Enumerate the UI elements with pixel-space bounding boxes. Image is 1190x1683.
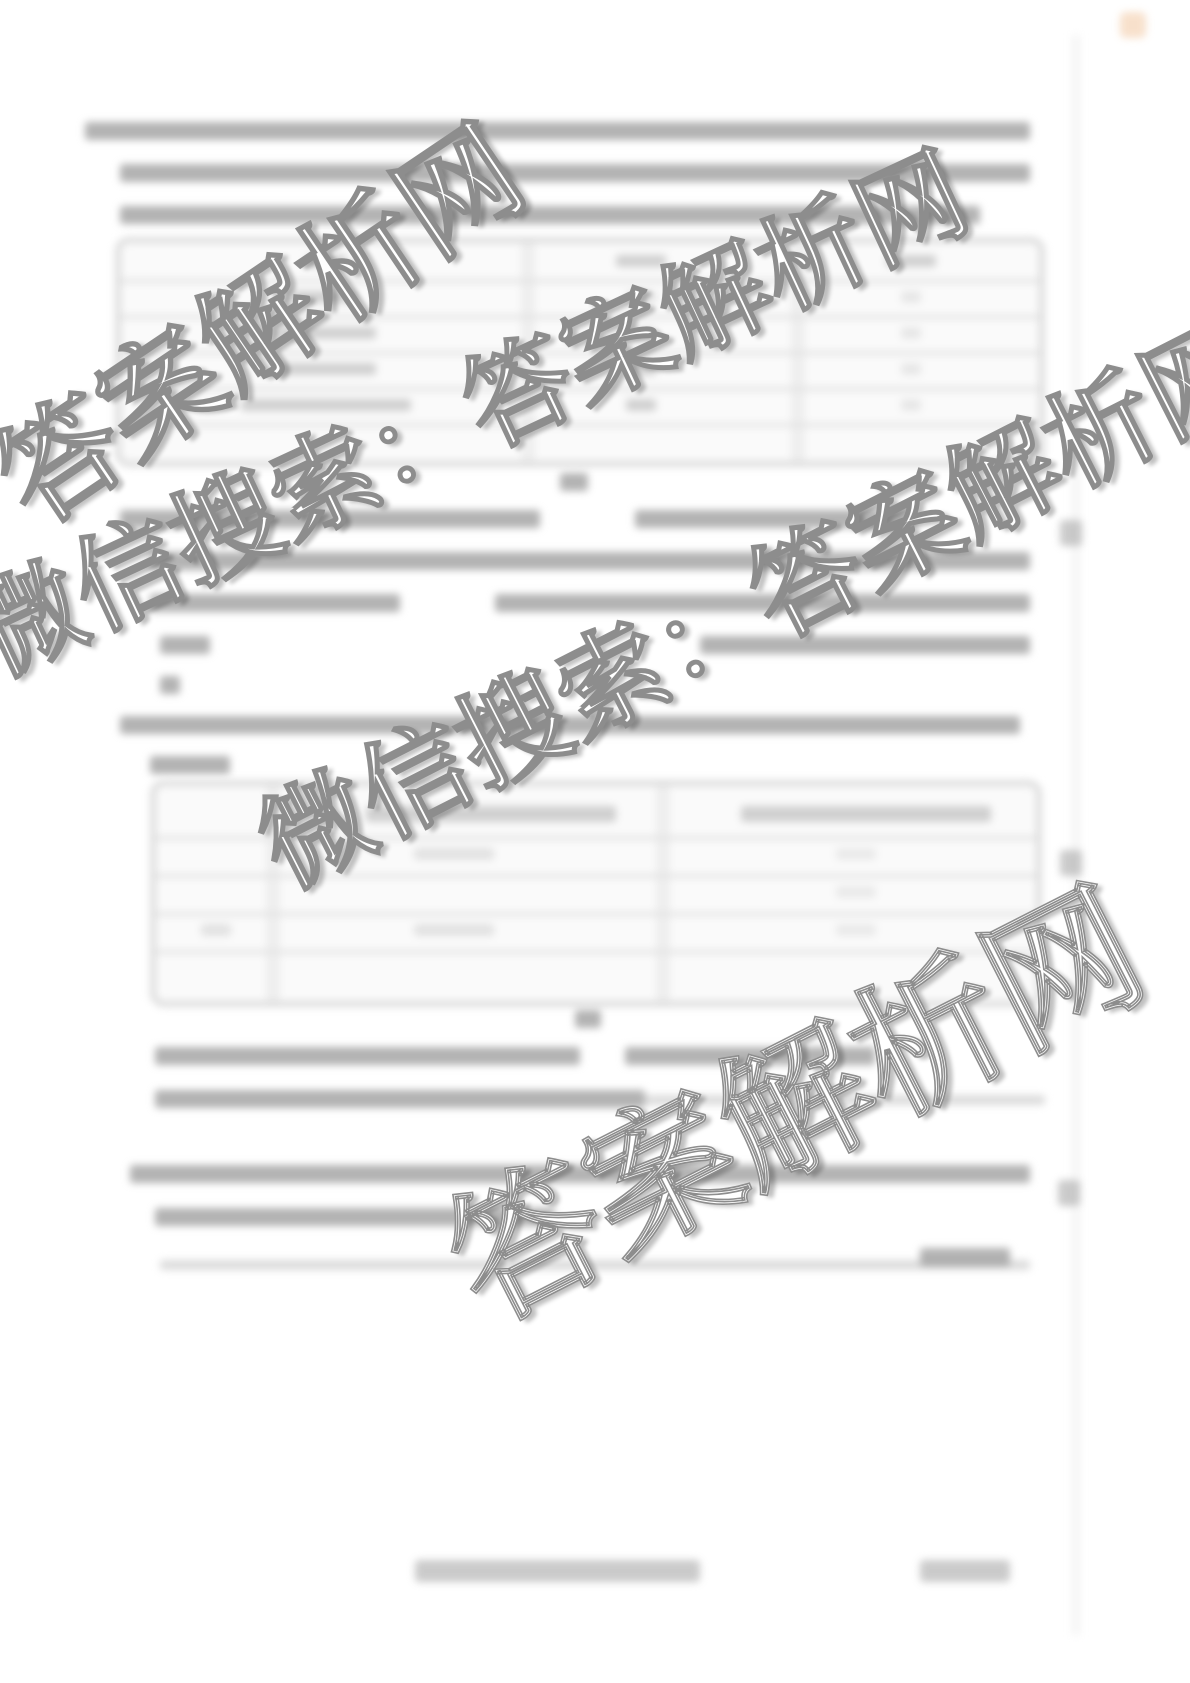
table-2-caption (575, 1010, 601, 1028)
corner-badge-icon (1120, 12, 1146, 38)
footer-title (415, 1560, 700, 1582)
margin-mark (1058, 1180, 1080, 1206)
table-1-caption (560, 473, 588, 491)
footer-page-number (920, 1560, 1010, 1582)
